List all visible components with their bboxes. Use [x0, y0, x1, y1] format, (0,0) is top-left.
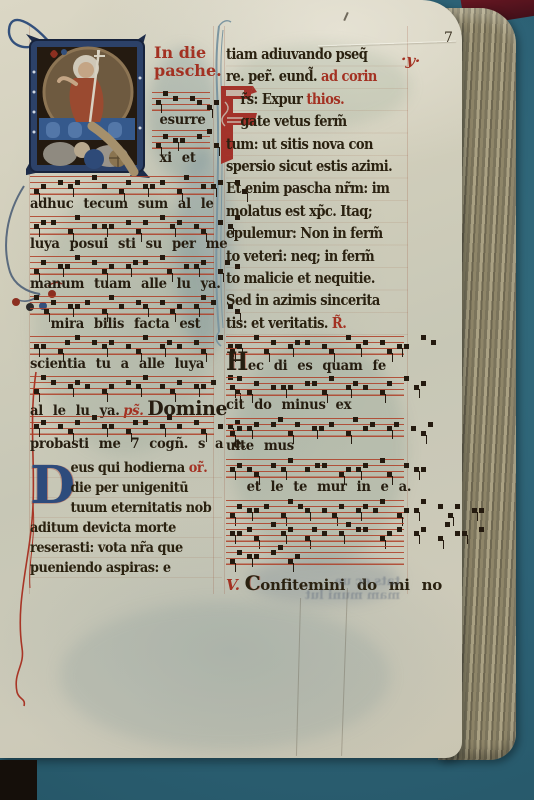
folio-number: 7: [444, 30, 453, 46]
chant-lyric: et le te mur in e a.: [226, 479, 393, 495]
chant-row: luya posui sti su per me: [30, 216, 214, 256]
chant-row: et le te mur in e a.: [226, 459, 404, 500]
epistle-line: to veteri: neq; in ferm̃: [226, 246, 390, 268]
chant-row: scientia tu a alle luya: [30, 336, 214, 376]
chant-row: al le lu ya.ps̃.Domine: [30, 376, 214, 416]
chant-row: adhuc tecum sum al le: [30, 176, 214, 216]
music-stave-melisma: [226, 523, 404, 542]
epistle-text: Et enim pascha nr̃m: im: [226, 180, 389, 197]
chant-lyric: esurre: [152, 112, 208, 128]
epistle-text: tiam adiuvando pseq̃: [226, 46, 367, 63]
music-stave: [30, 256, 214, 275]
music-stave: [226, 336, 404, 355]
chant-row: manum tuam alle lu ya.: [30, 256, 214, 296]
prayer-line: die per unigenitū: [30, 478, 207, 498]
music-stave: [152, 130, 210, 149]
prayer-line: eus qui hodierna or̃.: [30, 458, 207, 478]
music-stave: [226, 459, 404, 478]
chant-row: ulte mus: [226, 418, 404, 459]
epistle-line: re. per̃. eund̃. ad corin: [226, 66, 390, 88]
music-stave: [30, 336, 214, 355]
epistle-line: Et enim pascha nr̃m: im: [226, 178, 390, 200]
rubric-text: thios.: [306, 91, 344, 108]
epistle-line: molatus est xp̃c. Itaq;: [226, 201, 390, 223]
epistle-line: to malicie et nequitie.: [226, 268, 390, 290]
oratio-mark: or̃.: [189, 460, 207, 476]
epistle-text: r̃s: Expur: [240, 91, 306, 108]
epistle-line: r̃s: Expur thios.: [226, 89, 390, 111]
epistle-text: to malicie et nequitie.: [226, 270, 375, 287]
epistle-text: tis: et veritatis.: [226, 315, 332, 332]
prayer-line: aditum devicta morte: [30, 518, 207, 538]
prayer-line: tuum eternitatis nob: [30, 498, 207, 518]
chant-right-column: Hec di es quam fe cit do minus ex ulte m…: [226, 336, 404, 595]
epistle-text: to veteri: neq; in ferm̃: [226, 248, 374, 265]
music-stave: [30, 416, 214, 435]
epistle-text: molatus est xp̃c. Itaq;: [226, 203, 372, 220]
music-stave: [226, 377, 404, 396]
prayer-line: pueniendo aspiras: e: [30, 558, 207, 578]
chant-lyric: xi et: [152, 150, 208, 166]
dark-corner-shadow: [0, 760, 37, 800]
chant-lyric: mira bilis facta est: [30, 316, 203, 332]
epistle-line: gate vetus ferm̃: [226, 111, 390, 133]
epistle-text: spersio sicut estis azimi.: [226, 158, 392, 175]
show-through-line: tats ec ue: [240, 574, 400, 588]
music-stave-melisma: [226, 500, 404, 519]
prayer-line: reserasti: vota nr̃a que: [30, 538, 207, 558]
illuminated-initial-R: [26, 32, 152, 182]
gradual-mark: R̃.: [332, 315, 346, 332]
rubric-line: In die: [154, 44, 216, 62]
epistle-text: re. per̃. eund̃.: [226, 68, 321, 85]
epistle-text: Sed in azimis sincerita: [226, 292, 380, 309]
epistle-text: epulemur: Non in ferm̃: [226, 225, 383, 242]
chant-lyric: ulte mus: [226, 438, 393, 454]
chant-left-column: adhuc tecum sum al le luya posui sti su …: [30, 176, 214, 456]
rubric-text: ad corin: [321, 68, 377, 85]
music-stave: [30, 376, 214, 395]
stain: [60, 602, 390, 750]
collect-prayer: D eus qui hodierna or̃. die per unigenit…: [30, 458, 222, 578]
show-through-text: tats ec ue mam muni lut: [240, 574, 400, 602]
photo-background: 7 ·y·: [0, 0, 534, 800]
epistle-column: tiam adiuvando pseq̃ re. per̃. eund̃. ad…: [226, 44, 408, 335]
initial-H: H: [226, 347, 248, 376]
epistle-text: tum: ut sitis nova con: [226, 136, 373, 153]
epistle-line: Sed in azimis sincerita: [226, 290, 390, 312]
chant-lyric: probasti me 7 cogñ. s a e.: [30, 436, 203, 452]
rubric-line: pasche.: [154, 62, 216, 80]
music-stave-melisma: [226, 546, 404, 565]
chant-lyric: adhuc tecum sum al le: [30, 196, 203, 212]
chant-lyric-text: ec di es quam fe: [248, 358, 386, 374]
chant-row: cit do minus ex: [226, 377, 404, 418]
versus-mark: V.: [226, 576, 240, 594]
chant-row: probasti me 7 cogñ. s a e.: [30, 416, 214, 456]
music-stave: [226, 418, 404, 437]
epistle-line: spersio sicut estis azimi.: [226, 156, 390, 178]
epistle-text: gate vetus ferm̃: [240, 113, 346, 130]
ink-mark: [343, 12, 348, 21]
manuscript-page: 7 ·y·: [0, 0, 462, 758]
chant-lyric: cit do minus ex: [226, 397, 393, 413]
music-stave: [152, 92, 210, 111]
chant-row: Hec di es quam fe: [226, 336, 404, 377]
rubric-in-die-pasche: In die pasche.: [154, 44, 216, 80]
chant-lyric: Hec di es quam fe: [226, 356, 393, 374]
epistle-line: tiam adiuvando pseq̃: [226, 44, 390, 66]
show-through-line: mam muni lut: [240, 588, 400, 602]
epistle-line: tis: et veritatis. R̃.: [226, 313, 390, 335]
chant-narrow-block: esurre xi et: [152, 92, 212, 166]
chant-lyric: scientia tu a alle luya: [30, 356, 203, 372]
epistle-line: tum: ut sitis nova con: [226, 134, 390, 156]
epistle-line: epulemur: Non in ferm̃: [226, 223, 390, 245]
music-stave: [30, 296, 214, 315]
chant-lyric: manum tuam alle lu ya.: [30, 276, 203, 292]
chant-lyric: luya posui sti su per me: [30, 236, 203, 252]
chant-row: mira bilis facta est: [30, 296, 214, 336]
prayer-text: eus qui hodierna: [70, 460, 184, 476]
music-stave: [30, 176, 214, 195]
music-stave: [30, 216, 214, 235]
